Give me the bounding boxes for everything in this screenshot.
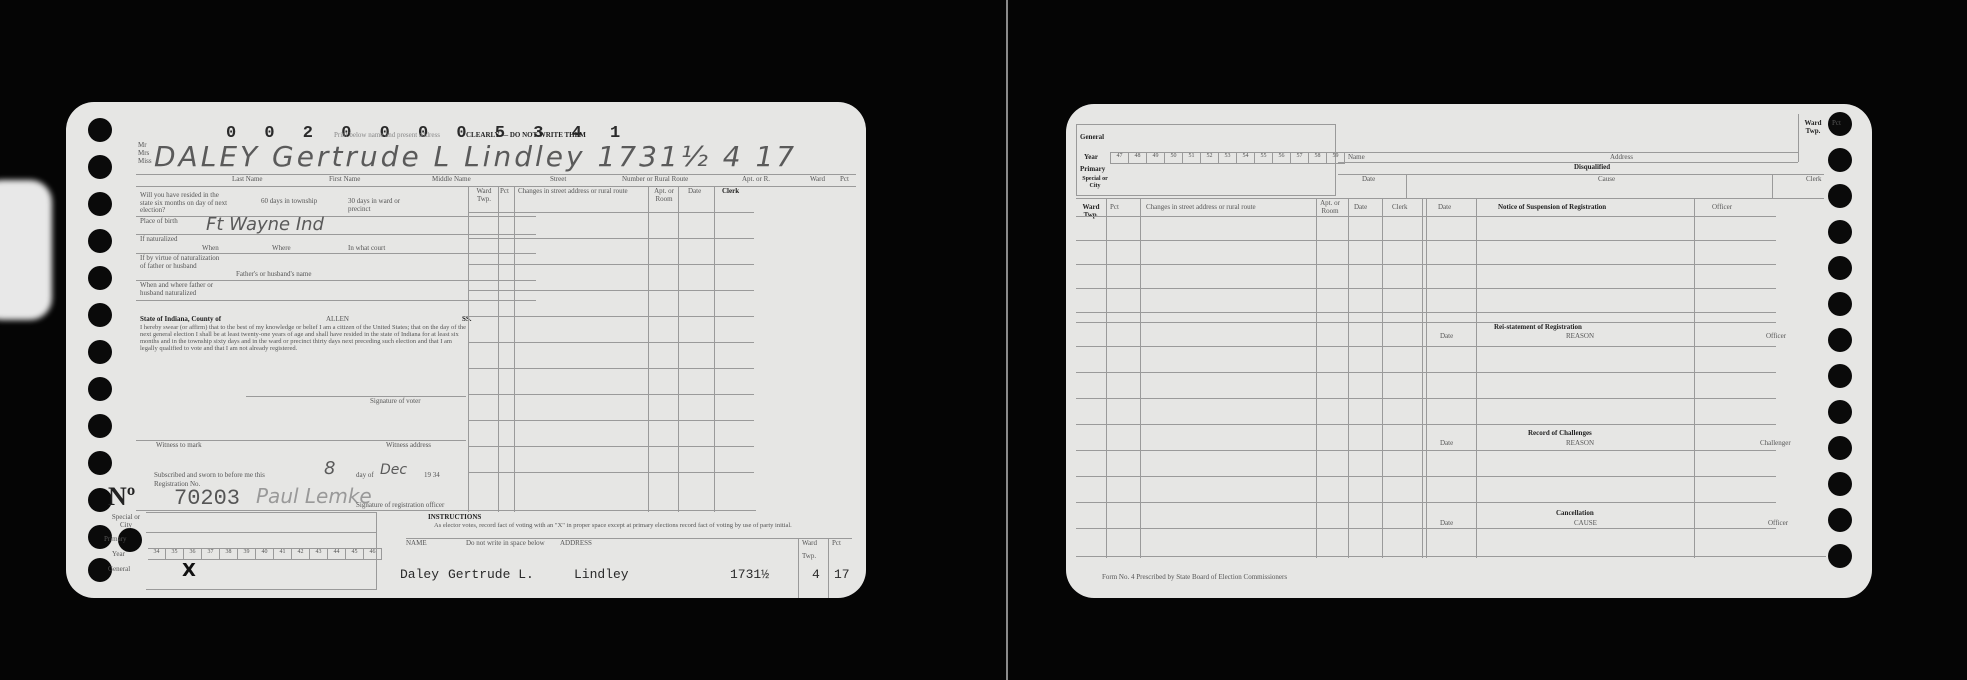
punch-hole-icon — [1828, 364, 1852, 388]
bottom-col-ward: Ward — [802, 540, 817, 548]
back-row-general: General — [1080, 134, 1104, 142]
suspension-title: Notice of Suspension of Registration — [1498, 204, 1606, 212]
typed-last-name: Daley — [400, 567, 439, 582]
when-label: When — [202, 245, 219, 253]
witness-mark-label: Witness to mark — [156, 442, 202, 450]
col-date: Date — [688, 188, 701, 196]
frame-divider — [1006, 0, 1008, 680]
punch-hole-icon — [1828, 436, 1852, 460]
back-row-special: Special or City — [1080, 176, 1110, 189]
back-name-label: Name — [1348, 154, 1365, 162]
place-of-birth-label: Place of birth — [140, 218, 180, 226]
punch-hole-icon — [1828, 472, 1852, 496]
disq-clerk-label: Clerk — [1806, 176, 1822, 184]
disqualified-heading: Disqualified — [1574, 164, 1610, 172]
handwritten-name-address: DALEY Gertrude L Lindley 1731½ 4 17 — [154, 140, 797, 173]
challenges-title: Record of Challenges — [1528, 430, 1592, 438]
oath-text: I hereby swear (or affirm) that to the b… — [140, 324, 470, 353]
front-year-row: 34 35 36 37 38 39 40 41 42 43 44 45 46 — [148, 548, 382, 560]
by-virtue-label: If by virtue of naturalization of father… — [140, 255, 220, 270]
row-general: General — [108, 566, 130, 574]
bottom-col-pct: Pct — [832, 540, 841, 548]
suspension-date-label: Date — [1438, 204, 1451, 212]
oath-heading: State of Indiana, County of — [140, 316, 221, 324]
instructions-text: As elector votes, record fact of voting … — [434, 522, 854, 529]
typed-first-name: Gertrude L. — [448, 567, 534, 582]
day-of-label: day of — [356, 472, 374, 480]
year-value: 19 34 — [424, 472, 440, 480]
punch-hole-icon — [88, 266, 112, 290]
back-col-date: Date — [1354, 204, 1367, 212]
label-number: Number or Rural Route — [622, 176, 688, 184]
back-col-clerk: Clerk — [1392, 204, 1408, 212]
reinstatement-reason-label: REASON — [1566, 333, 1594, 341]
fathers-name-label: Father's or husband's name — [236, 271, 311, 279]
registration-number: 70203 — [174, 486, 240, 511]
back-col-pct: Pct — [1110, 204, 1119, 212]
back-col-changes: Changes in street address or rural route — [1146, 204, 1256, 212]
days-60-label: 60 days in township — [261, 198, 321, 206]
punch-hole-icon — [1828, 256, 1852, 280]
back-row-year: Year — [1084, 154, 1098, 162]
reinstatement-officer-label: Officer — [1766, 333, 1786, 341]
label-apt: Apt. or R. — [742, 176, 770, 184]
typed-street: Lindley — [574, 567, 629, 582]
cancellation-date-label: Date — [1440, 520, 1453, 528]
punch-hole-icon — [1828, 184, 1852, 208]
punch-hole-icon — [88, 414, 112, 438]
signature-voter-label: Signature of voter — [370, 398, 421, 406]
punch-hole-icon — [1828, 400, 1852, 424]
general-vote-mark: X — [182, 560, 196, 581]
row-year: Year — [112, 551, 125, 559]
registration-card-back: General Year Primary Special or City 47 … — [1066, 104, 1872, 598]
residence-question: Will you have resided in the state six m… — [140, 192, 230, 215]
label-middle-name: Middle Name — [432, 176, 471, 184]
punch-hole-icon — [1828, 292, 1852, 316]
challenges-reason-label: REASON — [1566, 440, 1594, 448]
back-year-row: 47 48 49 50 51 52 53 54 55 56 57 58 59 — [1110, 152, 1345, 164]
punch-hole-icon — [88, 451, 112, 475]
challenges-challenger-label: Challenger — [1760, 440, 1791, 448]
typed-number: 1731½ — [730, 567, 769, 582]
row-special-city: Special or City — [106, 514, 146, 529]
typed-ward: 4 — [812, 567, 820, 582]
col-clerk: Clerk — [722, 188, 739, 196]
col-changes: Changes in street address or rural route — [518, 188, 628, 196]
back-address-label: Address — [1610, 154, 1633, 162]
suspension-officer-label: Officer — [1712, 204, 1732, 212]
punch-hole-icon — [1828, 148, 1852, 172]
punch-hole-icon — [1828, 508, 1852, 532]
back-ward-twp-label: Ward Twp. — [1800, 120, 1826, 135]
disq-cause-label: Cause — [1598, 176, 1615, 184]
header-instruction: CLEARLY — DO NOT WRITE THEM — [466, 132, 586, 140]
days-30-label: 30 days in ward or precinct — [348, 198, 408, 213]
place-of-birth-value: Ft Wayne Ind — [206, 214, 324, 235]
col-pct: Pct — [500, 188, 509, 196]
row-primary: Primary — [104, 536, 127, 544]
typed-pct: 17 — [834, 567, 850, 582]
punch-hole-icon — [88, 377, 112, 401]
label-last-name: Last Name — [232, 176, 263, 184]
label-first-name: First Name — [329, 176, 360, 184]
bottom-col-note: Do not write in space below — [466, 540, 545, 548]
punch-hole-icon — [88, 229, 112, 253]
punch-hole-icon — [1828, 328, 1852, 352]
reinstatement-title: Rei-statement of Registration — [1494, 324, 1582, 332]
punch-hole-icon — [88, 303, 112, 327]
col-ward-twp: Ward Twp. — [470, 188, 498, 203]
bottom-col-address: ADDRESS — [560, 540, 592, 548]
back-col-ward-twp: Ward Twp. — [1078, 204, 1104, 219]
back-pct-label: Pct — [1832, 120, 1841, 128]
col-apt-room: Apt. or Room — [650, 188, 678, 203]
officer-signature: Paul Lemke — [256, 484, 372, 508]
punch-hole-icon — [88, 340, 112, 364]
ss-label: SS. — [462, 316, 472, 324]
bottom-col-name: NAME — [406, 540, 427, 548]
county-value: ALLEN — [326, 316, 349, 324]
when-where-label: When and where father or husband natural… — [140, 282, 220, 297]
cancellation-officer-label: Officer — [1768, 520, 1788, 528]
salutation-miss: Miss — [138, 158, 152, 166]
reinstatement-date-label: Date — [1440, 333, 1453, 341]
punch-hole-icon — [88, 118, 112, 142]
subscribed-label: Subscribed and sworn to before me this — [154, 472, 265, 480]
month-value: Dec — [380, 462, 407, 478]
naturalized-label: If naturalized — [140, 236, 180, 244]
registration-card-front: 0 0 2 0 0 0 0 5 3 4 1 Print below name a… — [66, 102, 866, 598]
header-instruction-faint: Print below name and present address — [334, 132, 440, 140]
label-street: Street — [550, 176, 566, 184]
form-footer: Form No. 4 Prescribed by State Board of … — [1102, 574, 1287, 582]
court-label: In what court — [348, 245, 385, 253]
no-symbol: Nº — [108, 482, 135, 512]
punch-hole-icon — [1828, 544, 1852, 568]
film-artifact — [0, 180, 52, 320]
disq-date-label: Date — [1362, 176, 1375, 184]
back-col-apt-room: Apt. or Room — [1318, 200, 1342, 215]
day-value: 8 — [324, 458, 335, 479]
officer-signature-label: Signature of registration officer — [356, 502, 444, 510]
label-pct: Pct — [840, 176, 849, 184]
label-ward: Ward — [810, 176, 825, 184]
cancellation-title: Cancellation — [1556, 510, 1594, 518]
instructions-heading: INSTRUCTIONS — [428, 514, 481, 522]
challenges-date-label: Date — [1440, 440, 1453, 448]
punch-hole-icon — [88, 192, 112, 216]
punch-hole-icon — [88, 155, 112, 179]
back-row-primary: Primary — [1080, 166, 1105, 174]
where-label: Where — [272, 245, 291, 253]
twp-label: Twp. — [802, 553, 816, 561]
punch-hole-icon — [1828, 220, 1852, 244]
witness-address-label: Witness address — [386, 442, 431, 450]
cancellation-cause-label: CAUSE — [1574, 520, 1597, 528]
